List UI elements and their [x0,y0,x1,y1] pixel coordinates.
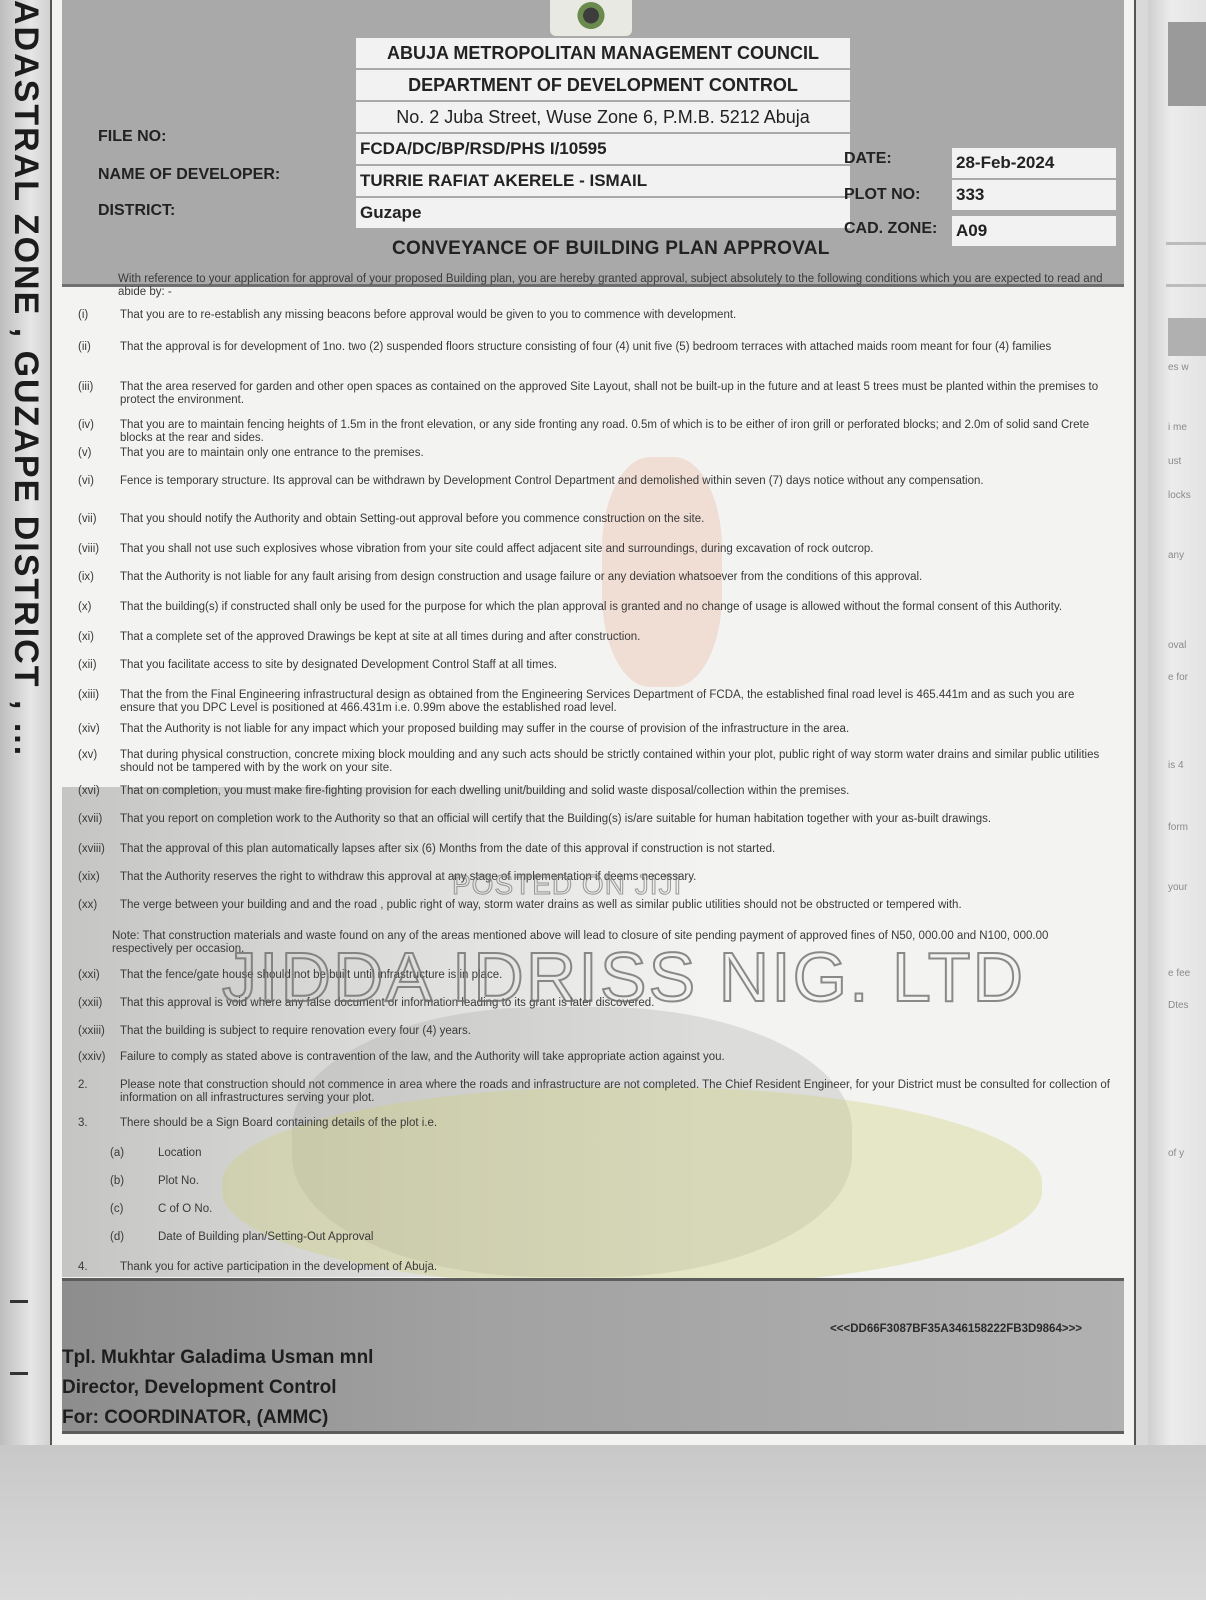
date-value: 28-Feb-2024 [952,148,1116,178]
item-number: (xx) [78,899,118,912]
district-value: Guzape [356,198,850,228]
watermark-posted: POSTED ON JIJI [452,869,682,901]
watermark-company: JIDDA IDRISS NIG. LTD [222,937,1025,1017]
date-label: DATE: [844,150,892,168]
item-text: That a complete set of the approved Draw… [120,631,1110,644]
document-header: ABUJA METROPOLITAN MANAGEMENT COUNCIL DE… [62,0,1124,287]
item-number: (iv) [78,419,118,432]
item-text: That you report on completion work to th… [120,813,1110,826]
signatory-name: Tpl. Mukhtar Galadima Usman mnl [62,1347,373,1369]
adjacent-page-text: e for [1168,672,1188,683]
plot-no-value: 333 [952,180,1116,210]
item-number: (xiii) [78,689,118,702]
adjacent-page-text: is 4 [1168,760,1184,771]
item-text: That you should notify the Authority and… [120,513,1110,526]
adjacent-page-text: oval [1168,640,1186,651]
item-text: That you are to re-establish any missing… [120,309,1110,322]
item-number: (b) [110,1175,150,1187]
district-label: DISTRICT: [98,202,175,220]
item-text: Plot No. [158,1175,199,1187]
item-text: That you shall not use such explosives w… [120,543,1110,556]
developer-value: TURRIE RAFIAT AKERELE - ISMAIL [356,166,850,196]
item-number: (xiv) [78,723,118,736]
adjacent-page-text: es w [1168,362,1189,373]
org-address: No. 2 Juba Street, Wuse Zone 6, P.M.B. 5… [356,102,850,132]
file-no-label: FILE NO: [98,128,166,146]
divider [1166,284,1206,287]
document-sheet: ABUJA METROPOLITAN MANAGEMENT COUNCIL DE… [50,0,1136,1445]
item-number: (xix) [78,871,118,884]
page-block [1168,22,1206,106]
item-text: That the Authority is not liable for any… [120,571,1110,584]
item-number: 4. [78,1261,118,1274]
adjacent-page-text: Dtes [1168,1000,1189,1011]
spine-text: ADASTRAL ZONE , GUZAPE DISTRICT , ... [6,0,46,900]
item-text: That the building is subject to require … [120,1025,1110,1038]
item-text: That the area reserved for garden and ot… [120,381,1110,407]
item-text: C of O No. [158,1203,212,1215]
signatory-for: For: COORDINATOR, (AMMC) [62,1407,328,1429]
item-number: (iii) [78,381,118,394]
item-text: That during physical construction, concr… [120,749,1110,775]
plot-no-label: PLOT NO: [844,186,920,204]
item-number: (xxiv) [78,1051,118,1064]
item-number: (xxii) [78,997,118,1010]
coat-of-arms-icon [576,2,606,32]
item-number: (xi) [78,631,118,644]
adjacent-page-text: i me [1168,422,1187,433]
adjacent-page-text: ust [1168,456,1181,467]
file-no-value: FCDA/DC/BP/RSD/PHS I/10595 [356,134,850,164]
verification-hash: <<<DD66F3087BF35A346158222FB3D9864>>> [830,1323,1082,1335]
item-text: That the approval of this plan automatic… [120,843,1110,856]
item-text: Date of Building plan/Setting-Out Approv… [158,1231,373,1243]
item-number: (xvi) [78,785,118,798]
item-number: (a) [110,1147,150,1159]
item-text: That the from the Final Engineering infr… [120,689,1110,715]
item-number: (x) [78,601,118,614]
item-number: (ii) [78,341,118,354]
item-number: 2. [78,1079,118,1092]
document-title: CONVEYANCE OF BUILDING PLAN APPROVAL [392,238,830,260]
background-surface [0,1445,1206,1600]
item-text: Thank you for active participation in th… [120,1261,1110,1274]
cad-zone-label: CAD. ZONE: [844,220,937,238]
item-text: That you are to maintain only one entran… [120,447,1110,460]
item-number: (d) [110,1231,150,1243]
divider [10,1372,28,1375]
org-name: ABUJA METROPOLITAN MANAGEMENT COUNCIL [356,38,850,68]
item-number: (xxi) [78,969,118,982]
item-number: (ix) [78,571,118,584]
page-block [1168,318,1206,356]
item-text: There should be a Sign Board containing … [120,1117,1110,1130]
item-text: Failure to comply as stated above is con… [120,1051,1110,1064]
item-number: (xviii) [78,843,118,856]
divider [1166,242,1206,245]
item-number: (xv) [78,749,118,762]
item-text: That the building(s) if constructed shal… [120,601,1110,614]
item-number: (i) [78,309,118,322]
adjacent-page-text: locks [1168,490,1191,501]
item-text: Please note that construction should not… [120,1079,1110,1105]
adjacent-page-right: es wi meustlocksanyovale foris 4formyour… [1148,0,1206,1600]
adjacent-page-text: your [1168,882,1187,893]
department-name: DEPARTMENT OF DEVELOPMENT CONTROL [356,70,850,100]
item-number: (vi) [78,475,118,488]
divider [10,1300,28,1303]
adjacent-page-text: form [1168,822,1188,833]
item-number: (c) [110,1203,150,1215]
item-number: (xii) [78,659,118,672]
developer-label: NAME OF DEVELOPER: [98,166,280,184]
conditions-body: With reference to your application for a… [62,287,1124,1275]
item-number: 3. [78,1117,118,1130]
item-number: (viii) [78,543,118,556]
adjacent-page-text: e fee [1168,968,1190,979]
item-number: (xvii) [78,813,118,826]
adjacent-page-text: of y [1168,1148,1184,1159]
item-number: (vii) [78,513,118,526]
item-text: That you facilitate access to site by de… [120,659,1110,672]
crest [550,0,632,36]
item-text: That on completion, you must make fire-f… [120,785,1110,798]
item-number: (xxiii) [78,1025,118,1038]
item-text: Location [158,1147,201,1159]
intro-paragraph: With reference to your application for a… [118,273,1118,299]
signature-block: <<<DD66F3087BF35A346158222FB3D9864>>> Tp… [62,1278,1124,1434]
adjacent-page-spine: ADASTRAL ZONE , GUZAPE DISTRICT , ... [0,0,52,1600]
item-text: Fence is temporary structure. Its approv… [120,475,1110,488]
cad-zone-value: A09 [952,216,1116,246]
adjacent-page-text: any [1168,550,1184,561]
item-text: That you are to maintain fencing heights… [120,419,1110,445]
item-number: (v) [78,447,118,460]
signatory-position: Director, Development Control [62,1377,337,1399]
item-text: That the Authority is not liable for any… [120,723,1110,736]
item-text: That the approval is for development of … [120,341,1110,354]
